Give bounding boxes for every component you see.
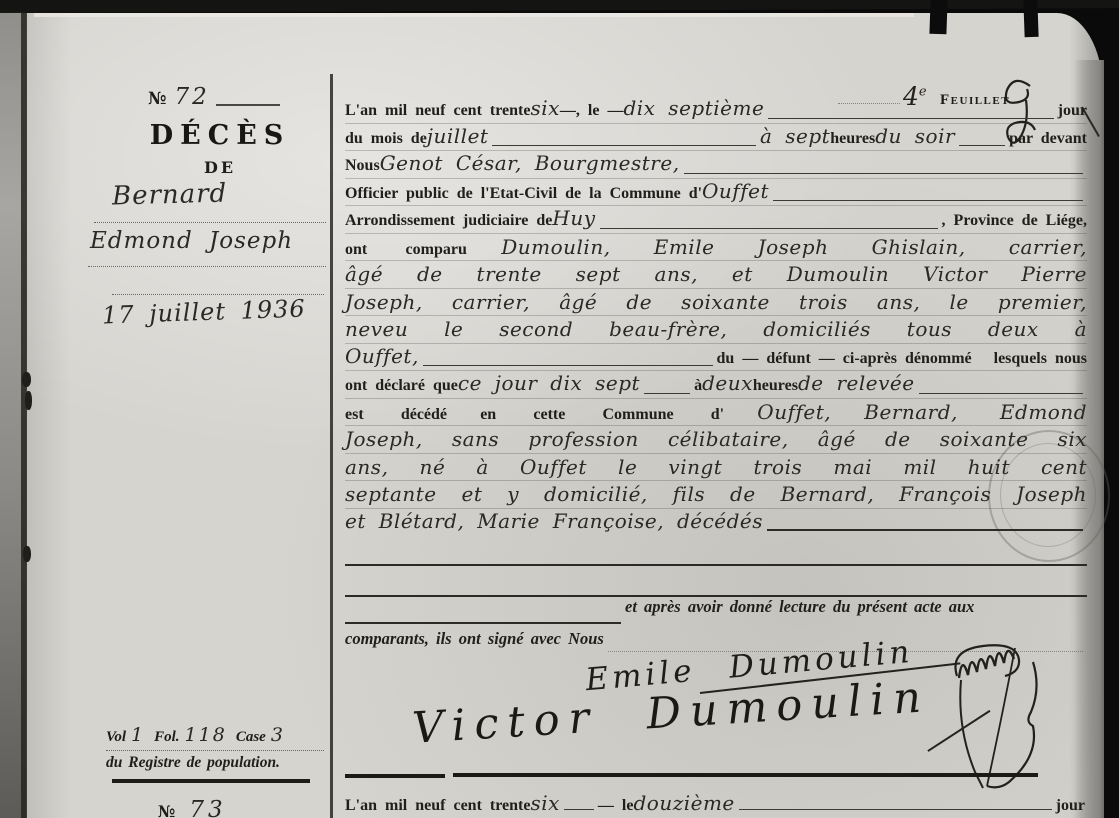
act-line: ont déclaré que ce jour dix sept à deux … — [345, 371, 1087, 399]
act-line: est décédé en cette Commune d' Ouffet, B… — [345, 399, 1087, 427]
column-divider-line — [330, 74, 333, 818]
printed-text: à — [694, 377, 702, 395]
record-separator-rule — [345, 774, 445, 778]
act-line: ont comparu Dumoulin, Emile Joseph Ghisl… — [345, 234, 1087, 262]
printed-text: — ci-après dénommé — [819, 350, 972, 368]
printed-text: heures — [753, 377, 798, 395]
numero-symbol: № — [148, 89, 166, 109]
handwritten-text: six — [530, 791, 559, 815]
act-text-body: L'an mil neuf cent trente six —, le — di… — [345, 96, 1087, 657]
act-line: Arrondissement judiciaire de Huy , Provi… — [345, 206, 1087, 234]
printed-text: —, le — — [560, 102, 624, 120]
margin-ruled-line — [88, 266, 326, 267]
handwritten-text: ce jour dix sept — [458, 371, 640, 395]
handwritten-text: Huy — [552, 206, 595, 230]
printed-text: jour — [1058, 102, 1087, 120]
act-line: Ouffet, du — défunt — ci-après dénommé l… — [345, 344, 1087, 372]
blank-rule — [345, 622, 621, 624]
act-line: Nous Genot César, Bourgmestre, — [345, 151, 1087, 179]
printed-text: , Province de Liége, — [942, 212, 1087, 230]
handwritten-text: Genot César, Bourgmestre, — [380, 151, 680, 175]
blank-rule — [773, 200, 1083, 201]
fol-label: Fol. — [154, 729, 179, 746]
fol-value: 118 — [185, 724, 227, 746]
printed-text-italic: et après avoir donné lecture du présent … — [625, 597, 974, 617]
printed-text: ont déclaré que — [345, 377, 458, 395]
blank-ruled-line — [345, 566, 1087, 597]
handwritten-text: âgé de trente sept ans, et Dumoulin Vict… — [345, 262, 1087, 286]
handwritten-text: septante et y domicilié, fils de Bernard… — [345, 482, 1087, 506]
printed-text: jour — [1056, 797, 1085, 815]
printed-text: lesquels nous — [994, 350, 1087, 368]
top-edge-shadow — [0, 0, 1119, 13]
blank-rule — [768, 118, 1053, 119]
printed-text: du — — [717, 350, 759, 368]
numero-symbol: № — [158, 802, 175, 818]
handwritten-text: ans, né à Ouffet le vingt trois mai mil … — [345, 455, 1087, 479]
next-record-number-value: 73 — [189, 797, 226, 818]
blank-rule — [959, 145, 1005, 146]
act-line: âgé de trente sept ans, et Dumoulin Vict… — [345, 261, 1087, 289]
blank-rule — [492, 145, 756, 146]
ink-speck — [25, 391, 32, 410]
printed-text-italic: comparants, ils ont signé avec Nous — [345, 629, 604, 649]
record-number-value: 72 — [174, 84, 209, 110]
record-number-rule — [216, 104, 280, 106]
act-line: Joseph, sans profession célibataire, âgé… — [345, 426, 1087, 454]
printed-text: L'an mil neuf cent trente — [345, 102, 530, 120]
handwritten-text: dix septième — [623, 96, 764, 120]
vol-label: Vol — [106, 729, 126, 746]
margin-ruled-line — [94, 222, 326, 223]
act-type-title: DÉCÈS — [118, 120, 322, 151]
case-value: 3 — [271, 724, 285, 746]
ink-speck — [23, 546, 31, 562]
record-number-line: № 72 — [148, 84, 280, 110]
margin-ruled-line — [106, 750, 324, 751]
printed-text: Officier public de l'Etat-Civil de la Co… — [345, 185, 702, 203]
printed-text: en cette Commune d' — [480, 406, 724, 423]
handwritten-text: Ouffet, — [345, 344, 419, 368]
act-line: neveu le second beau-frère, domiciliés t… — [345, 316, 1087, 344]
act-line: du mois de juillet à sept heures du soir… — [345, 124, 1087, 152]
act-line: et Blétard, Marie Françoise, décédés — [345, 509, 1087, 537]
printed-text: — le — [598, 797, 634, 815]
blank-rule — [684, 173, 1083, 174]
deceased-surname: Bernard — [112, 178, 228, 211]
printed-text: par devant — [1009, 130, 1087, 148]
printed-text: du mois de — [345, 130, 427, 148]
blank-ruled-line — [345, 536, 1087, 566]
handwritten-text: du soir — [875, 124, 955, 148]
printed-text: heures — [830, 130, 875, 148]
register-page-photo: 4e Feuillet № 72 DÉCÈS DE Bernard Edmond… — [0, 0, 1119, 818]
handwritten-text: Ouffet, — [757, 400, 831, 424]
next-act-first-line: L'an mil neuf cent trente six — le douzi… — [345, 791, 1085, 815]
printed-text: L'an mil neuf cent trente — [345, 797, 530, 815]
blank-rule — [423, 365, 713, 366]
binding-shadow-line — [21, 8, 27, 818]
printed-text: est décédé — [345, 406, 447, 423]
record-separator-rule — [453, 773, 1038, 777]
printed-text: Arrondissement judiciaire de — [345, 212, 552, 230]
act-type-subtitle: DE — [118, 158, 322, 177]
handwritten-text: Joseph, carrier, âgé de soixante trois a… — [345, 290, 1087, 314]
handwritten-text: Dumoulin, Emile Joseph Ghislain, carrier… — [501, 235, 1087, 259]
printed-text: Nous — [345, 157, 380, 175]
act-line: ans, né à Ouffet le vingt trois mai mil … — [345, 454, 1087, 482]
blank-rule — [564, 809, 594, 810]
handwritten-text: juillet — [427, 124, 489, 148]
handwritten-text: Bernard, Edmond — [864, 400, 1087, 424]
handwritten-text: douzième — [633, 791, 734, 815]
act-line: et après avoir donné lecture du présent … — [345, 597, 1087, 629]
dark-tab-mark — [929, 0, 947, 34]
next-record-number-line: № 73 — [158, 797, 227, 818]
printed-text: défunt — [766, 350, 810, 368]
vol-value: 1 — [131, 724, 145, 746]
deceased-given-names: Edmond Joseph — [90, 228, 293, 254]
handwritten-text: deux — [702, 371, 753, 395]
blank-rule — [600, 228, 938, 229]
blank-rule — [644, 393, 690, 394]
ink-speck — [22, 372, 31, 387]
act-line: septante et y domicilié, fils de Bernard… — [345, 481, 1087, 509]
officer-signature-paraph — [945, 642, 1055, 790]
blank-rule — [919, 393, 1083, 394]
handwritten-text: neveu le second beau-frère, domiciliés t… — [345, 317, 1087, 341]
register-reference-line: Vol 1 Fol. 118 Case 3 — [106, 724, 294, 746]
handwritten-text: six — [530, 96, 559, 120]
act-line: Officier public de l'Etat-Civil de la Co… — [345, 179, 1087, 207]
record-separator-rule-left — [112, 779, 310, 783]
population-register-note: du Registre de population. — [106, 754, 280, 772]
dark-tab-mark — [1023, 0, 1038, 37]
handwritten-text: et Blétard, Marie Françoise, décédés — [345, 509, 763, 533]
printed-text: ont comparu — [345, 241, 467, 258]
paper-top-highlight — [34, 13, 914, 17]
case-label: Case — [236, 729, 266, 746]
handwritten-text: Ouffet — [702, 179, 769, 203]
handwritten-text: à sept — [760, 124, 830, 148]
blank-rule — [739, 809, 1052, 810]
handwritten-text: de relevée — [798, 371, 915, 395]
act-line: L'an mil neuf cent trente six —, le — di… — [345, 96, 1087, 124]
blank-rule — [767, 529, 1083, 531]
handwritten-text: Joseph, sans profession célibataire, âgé… — [345, 427, 1087, 451]
act-line: Joseph, carrier, âgé de soixante trois a… — [345, 289, 1087, 317]
